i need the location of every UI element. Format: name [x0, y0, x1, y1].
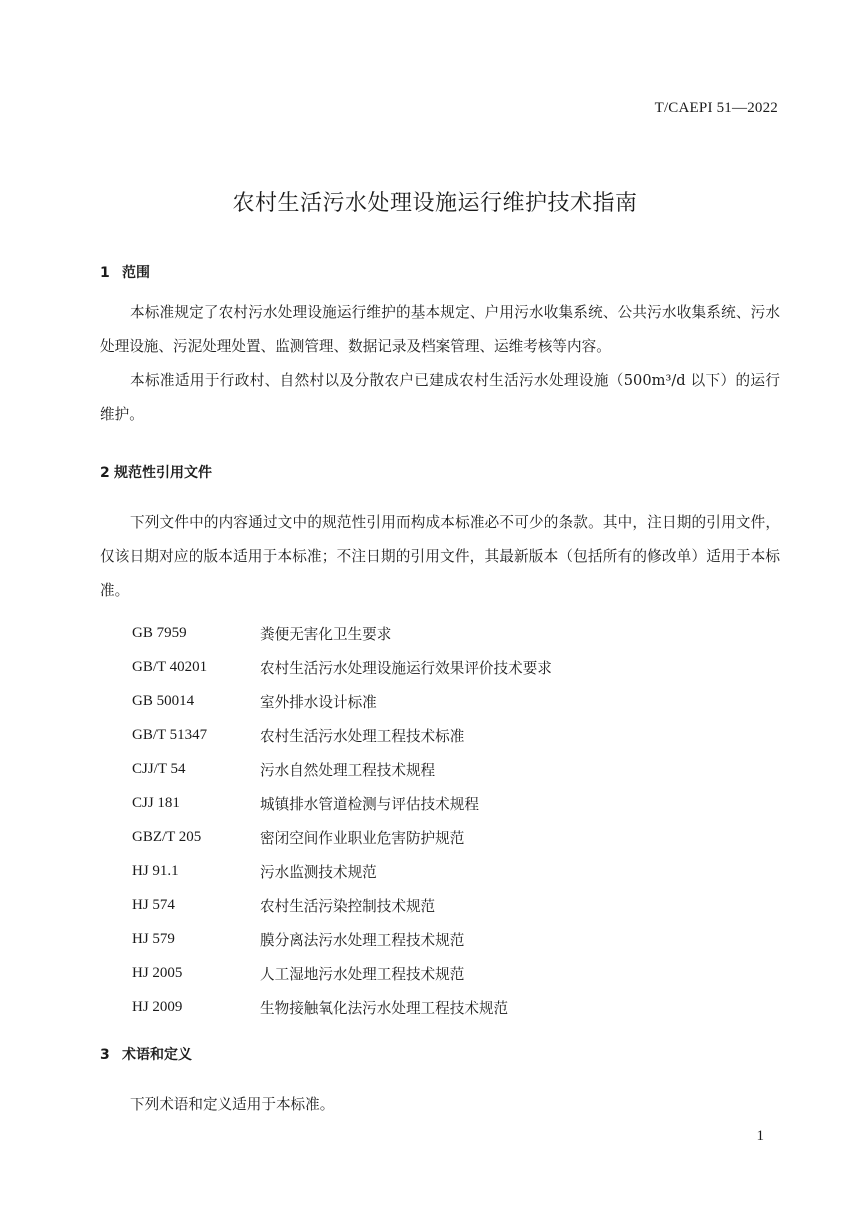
reference-title: 城镇排水管道检测与评估技术规程 — [260, 793, 479, 814]
reference-code: GB/T 51347 — [132, 727, 260, 744]
reference-item: CJJ 181 城镇排水管道检测与评估技术规程 — [132, 786, 732, 820]
section-number: 1 — [100, 265, 122, 281]
section-heading-normative-references: 2规范性引用文件 — [100, 462, 212, 482]
reference-title: 污水自然处理工程技术规程 — [260, 759, 435, 780]
reference-title: 膜分离法污水处理工程技术规范 — [260, 929, 464, 950]
scope-paragraph-1: 本标准规定了农村污水处理设施运行维护的基本规定、户用污水收集系统、公共污水收集系… — [100, 296, 780, 364]
reference-code: HJ 91.1 — [132, 863, 260, 880]
reference-item: HJ 579 膜分离法污水处理工程技术规范 — [132, 922, 732, 956]
reference-item: GB 7959 粪便无害化卫生要求 — [132, 616, 732, 650]
reference-item: GB 50014 室外排水设计标准 — [132, 684, 732, 718]
reference-title: 农村生活污水处理设施运行效果评价技术要求 — [260, 657, 552, 678]
section-number: 2 — [100, 465, 114, 481]
section-number: 3 — [100, 1047, 122, 1063]
reference-item: HJ 574 农村生活污染控制技术规范 — [132, 888, 732, 922]
section-title: 规范性引用文件 — [114, 465, 212, 481]
reference-code: HJ 574 — [132, 897, 260, 914]
reference-title: 室外排水设计标准 — [260, 691, 377, 712]
section-heading-scope: 1范围 — [100, 262, 150, 282]
section-title: 术语和定义 — [122, 1047, 192, 1063]
document-page: T/CAEPI 51—2022 农村生活污水处理设施运行维护技术指南 1范围 本… — [0, 0, 860, 1216]
reference-code: GBZ/T 205 — [132, 829, 260, 846]
terms-intro-paragraph: 下列术语和定义适用于本标准。 — [100, 1088, 780, 1122]
reference-item: GB/T 40201 农村生活污水处理设施运行效果评价技术要求 — [132, 650, 732, 684]
reference-code: HJ 579 — [132, 931, 260, 948]
reference-title: 污水监测技术规范 — [260, 861, 377, 882]
page-number: 1 — [757, 1128, 765, 1145]
reference-item: HJ 2005 人工湿地污水处理工程技术规范 — [132, 956, 732, 990]
reference-title: 密闭空间作业职业危害防护规范 — [260, 827, 464, 848]
reference-code: GB/T 40201 — [132, 659, 260, 676]
reference-item: GBZ/T 205 密闭空间作业职业危害防护规范 — [132, 820, 732, 854]
scope-paragraph-2: 本标准适用于行政村、自然村以及分散农户已建成农村生活污水处理设施（500m³/d… — [100, 364, 780, 432]
reference-code: HJ 2009 — [132, 999, 260, 1016]
document-title: 农村生活污水处理设施运行维护技术指南 — [0, 186, 860, 217]
reference-item: HJ 91.1 污水监测技术规范 — [132, 854, 732, 888]
references-intro-paragraph: 下列文件中的内容通过文中的规范性引用而构成本标准必不可少的条款。其中，注日期的引… — [100, 506, 780, 608]
section-title: 范围 — [122, 265, 150, 281]
reference-title: 农村生活污水处理工程技术标准 — [260, 725, 464, 746]
reference-title: 生物接触氧化法污水处理工程技术规范 — [260, 997, 508, 1018]
reference-code: GB 7959 — [132, 625, 260, 642]
reference-title: 农村生活污染控制技术规范 — [260, 895, 435, 916]
reference-title: 人工湿地污水处理工程技术规范 — [260, 963, 464, 984]
reference-code: CJJ 181 — [132, 795, 260, 812]
reference-code: GB 50014 — [132, 693, 260, 710]
reference-title: 粪便无害化卫生要求 — [260, 623, 391, 644]
reference-code: CJJ/T 54 — [132, 761, 260, 778]
reference-item: CJJ/T 54 污水自然处理工程技术规程 — [132, 752, 732, 786]
reference-item: GB/T 51347 农村生活污水处理工程技术标准 — [132, 718, 732, 752]
standard-code: T/CAEPI 51—2022 — [655, 100, 778, 117]
reference-item: HJ 2009 生物接触氧化法污水处理工程技术规范 — [132, 990, 732, 1024]
reference-code: HJ 2005 — [132, 965, 260, 982]
section-heading-terms-definitions: 3术语和定义 — [100, 1044, 192, 1064]
reference-list: GB 7959 粪便无害化卫生要求 GB/T 40201 农村生活污水处理设施运… — [132, 616, 732, 1024]
